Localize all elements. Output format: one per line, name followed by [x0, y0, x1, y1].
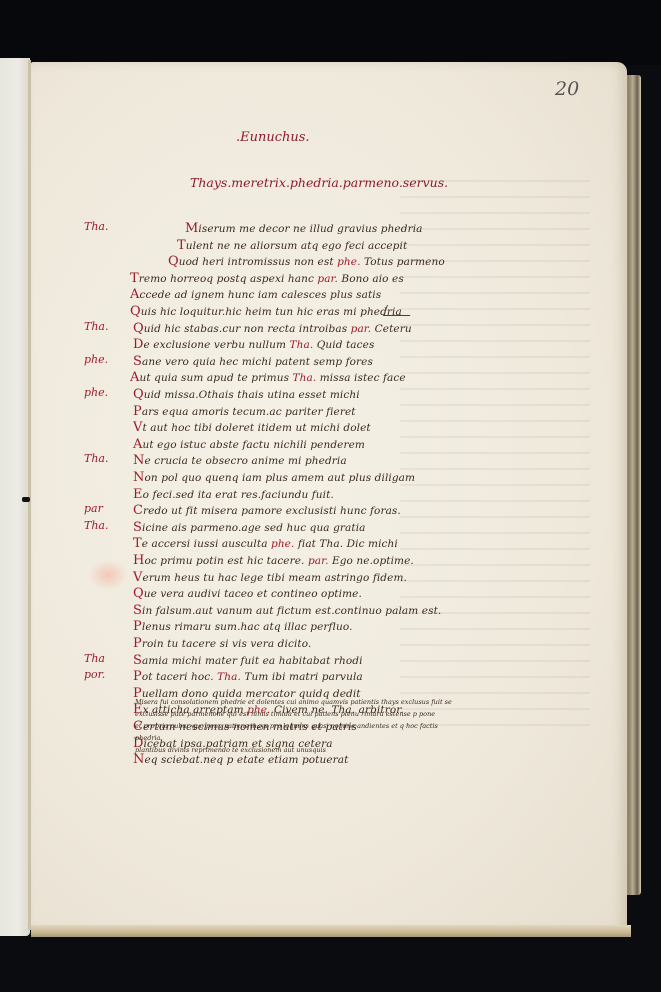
binding-thread	[22, 497, 30, 502]
verse-line: De exclusione verbu nullum Tha. Quid tac…	[133, 337, 374, 352]
verse-line: Quod heri intromissus non est phe. Totus…	[168, 254, 445, 269]
verse-text: on pol quo quenq iam plus amem aut plus …	[144, 472, 415, 484]
verse-text: uis hic loquitur.hic heim tun hic eras m…	[141, 306, 402, 318]
rubricated-initial: D	[133, 337, 144, 352]
verse-line: Proin tu tacere si vis vera dicito.	[133, 636, 311, 651]
verse-text: erum heus tu hac lege tibi meam astringo…	[143, 572, 407, 584]
rubricated-initial: E	[133, 487, 143, 502]
rubricated-initial: S	[133, 653, 142, 668]
inline-speaker-tag: par.	[317, 273, 341, 285]
rubricated-initial: P	[133, 619, 142, 634]
verse-text-rest: Ceteru	[375, 323, 412, 335]
verse-text: ue vera audivi taceo et contineo optime.	[144, 588, 362, 600]
speaker-label: Tha.	[84, 220, 108, 233]
verse-text: oc primu potin est hic tacere.	[144, 555, 308, 567]
verse-text: ut quia sum apud te primus	[140, 372, 293, 384]
margin-correction-mark	[383, 305, 414, 316]
rubricated-initial: N	[133, 453, 144, 468]
rubricated-initial: Q	[133, 387, 144, 402]
verse-text-rest: Ego ne.optime.	[332, 555, 414, 567]
verse-text: ane vero quia hec michi patent semp fore…	[142, 356, 373, 368]
verse-text: remo horreoq postq aspexi hanc	[139, 273, 318, 285]
rubricated-initial: Q	[168, 254, 179, 269]
commentary-gloss: Misera fui consolationem phedrie et dole…	[135, 696, 455, 756]
verse-text-rest: missa istec face	[320, 372, 406, 384]
verse-text-rest: Quid taces	[317, 339, 375, 351]
verse-text: uid missa.Othais thais utina esset michi	[144, 389, 360, 401]
rubricated-initial: A	[130, 287, 140, 302]
rubricated-initial: T	[133, 536, 142, 551]
rubricated-initial: V	[133, 570, 143, 585]
verse-line: Tulent ne ne aliorsum atq ego feci accep…	[177, 238, 407, 253]
rubricated-initial: S	[133, 520, 142, 535]
verse-line: Aut ego istuc abste factu nichili pender…	[133, 437, 365, 452]
verse-line: Accede ad ignem hunc iam calesces plus s…	[130, 287, 381, 302]
verse-line: Quid hic stabas.cur non recta introibas …	[133, 321, 412, 336]
speaker-label: Tha.	[84, 320, 108, 333]
play-title: .Eunuchus.	[236, 130, 310, 145]
verse-line: Eo feci.sed ita erat res.faciundu fuit.	[133, 487, 334, 502]
verse-text: icine ais parmeno.age sed huc qua gratia	[142, 522, 366, 534]
dramatis-personae: Thays.meretrix.phedria.parmeno.servus.	[190, 175, 448, 190]
verse-line: Miserum me decor ne illud gravius phedri…	[185, 221, 423, 236]
gloss-line: Misera fui consolationem phedrie et dole…	[135, 696, 455, 708]
inline-speaker-tag: phe.	[337, 256, 364, 268]
folio-number: 20	[555, 78, 579, 100]
speaker-label: Tha.	[84, 519, 108, 532]
verse-line: Que vera audivi taceo et contineo optime…	[133, 586, 362, 601]
verse-line: Pot taceri hoc. Tha. Tum ibi matri parvu…	[133, 669, 363, 684]
dark-background	[0, 0, 661, 65]
verse-text: in falsum.aut vanum aut fictum est.conti…	[142, 605, 441, 617]
speaker-label: phe.	[84, 353, 108, 366]
verse-line: Pars equa amoris tecum.ac pariter fieret	[133, 404, 356, 419]
verse-text: ut ego istuc abste factu nichili pendere…	[143, 439, 365, 451]
verse-line: Ne crucia te obsecro anime mi phedria	[133, 453, 347, 468]
rubricated-initial: Q	[133, 586, 144, 601]
verse-text: t aut hoc tibi doleret itidem ut michi d…	[143, 422, 371, 434]
verse-text: ulent ne ne aliorsum atq ego feci accepi…	[186, 240, 408, 252]
verse-text-rest: fiat Tha. Dic michi	[298, 538, 398, 550]
verse-line: Sicine ais parmeno.age sed huc qua grati…	[133, 520, 366, 535]
verse-line: Aut quia sum apud te primus Tha. missa i…	[130, 370, 406, 385]
rubricated-initial: P	[133, 669, 142, 684]
verse-text-rest: Bono aio es	[341, 273, 403, 285]
rubricated-initial: M	[185, 221, 198, 236]
inline-speaker-tag: phe.	[271, 538, 298, 550]
rubricated-initial: H	[133, 553, 144, 568]
verse-text: ccede ad ignem hunc iam calesces plus sa…	[140, 289, 382, 301]
speaker-label: Tha.	[84, 452, 108, 465]
rubricated-initial: Q	[130, 304, 141, 319]
verse-line: Sin falsum.aut vanum aut fictum est.cont…	[133, 603, 441, 618]
inline-speaker-tag: Tha.	[293, 372, 320, 384]
verse-text: lenus rimaru sum.hac atq illac perfluo.	[142, 621, 353, 633]
rubricated-initial: A	[133, 437, 143, 452]
page-bottom-edge	[31, 925, 631, 937]
verse-text: amia michi mater fuit ea habitabat rhodi	[142, 655, 363, 667]
verse-line: Verum heus tu hac lege tibi meam astring…	[133, 570, 407, 585]
verse-line: Credo ut fit misera pamore exclusisti hu…	[133, 503, 401, 518]
inline-speaker-tag: Tha.	[217, 671, 244, 683]
rubricated-initial: V	[133, 420, 143, 435]
rubricated-initial: S	[133, 354, 142, 369]
verse-text: uid hic stabas.cur non recta introibas	[144, 323, 351, 335]
verse-text: uod heri intromissus non est	[179, 256, 337, 268]
rubricated-initial: T	[130, 271, 139, 286]
rubricated-initial: T	[177, 238, 186, 253]
verse-text: redo ut fit misera pamore exclusisti hun…	[143, 505, 401, 517]
gloss-line: exclusisse pute parmenone qui est nimis …	[135, 708, 455, 720]
verse-text: o feci.sed ita erat res.faciundu fuit.	[143, 489, 334, 501]
verse-line: Quis hic loquitur.hic heim tun hic eras …	[130, 304, 402, 319]
inline-speaker-tag: par.	[308, 555, 332, 567]
verse-line: Tremo horreoq postq aspexi hanc par. Bon…	[130, 271, 404, 286]
red-stain	[88, 560, 128, 590]
verse-text: e crucia te obsecro anime mi phedria	[144, 455, 346, 467]
verse-text-rest: Totus parmeno	[364, 256, 445, 268]
speaker-label: por.	[84, 668, 105, 681]
verse-text: roin tu tacere si vis vera dicito.	[142, 638, 312, 650]
verse-line: Sane vero quia hec michi patent semp for…	[133, 354, 373, 369]
inline-speaker-tag: Tha.	[290, 339, 317, 351]
verse-text-rest: Tum ibi matri parvula	[244, 671, 362, 683]
verse-line: Samia michi mater fuit ea habitabat rhod…	[133, 653, 363, 668]
gloss-line: et propria pubar quo pena patiens thays …	[135, 720, 455, 744]
verse-line: Non pol quo quenq iam plus amem aut plus…	[133, 470, 415, 485]
inline-speaker-tag: par.	[351, 323, 375, 335]
rubricated-initial: S	[133, 603, 142, 618]
rubricated-initial: P	[133, 404, 142, 419]
rubricated-initial: A	[130, 370, 140, 385]
speaker-label: par	[84, 502, 103, 515]
verse-text: e exclusione verbu nullum	[144, 339, 290, 351]
verse-text: e accersi iussi ausculta	[142, 538, 271, 550]
verse-line: Quid missa.Othais thais utina esset mich…	[133, 387, 360, 402]
speaker-label: Tha	[84, 652, 105, 665]
gloss-line: plantibus divinis reprimendo te exclusio…	[135, 744, 455, 756]
verse-text: ot taceri hoc.	[142, 671, 217, 683]
verse-line: Hoc primu potin est hic tacere. par. Ego…	[133, 553, 414, 568]
speaker-label: phe.	[84, 386, 108, 399]
verse-line: Vt aut hoc tibi doleret itidem ut michi …	[133, 420, 371, 435]
rubricated-initial: C	[133, 503, 143, 518]
rubricated-initial: N	[133, 470, 144, 485]
verse-line: Plenus rimaru sum.hac atq illac perfluo.	[133, 619, 353, 634]
verse-line: Te accersi iussi ausculta phe. fiat Tha.…	[133, 536, 398, 551]
rubricated-initial: Q	[133, 321, 144, 336]
verse-text: iserum me decor ne illud gravius phedria	[198, 223, 422, 235]
verse-text: ars equa amoris tecum.ac pariter fieret	[142, 406, 356, 418]
rubricated-initial: P	[133, 636, 142, 651]
